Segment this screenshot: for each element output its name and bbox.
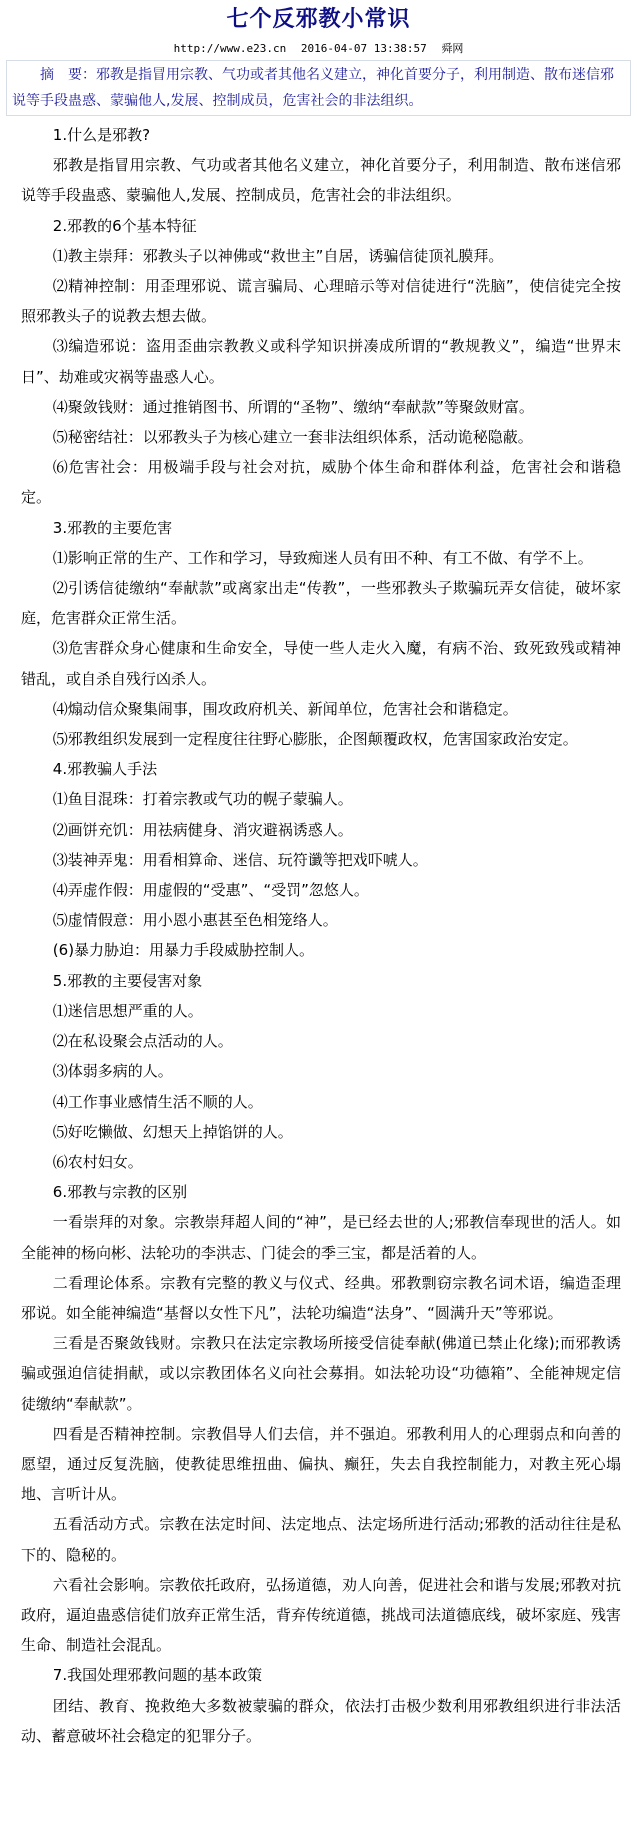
body-paragraph: (6)暴力胁迫：用暴力手段威胁控制人。 — [21, 935, 621, 965]
body-paragraph: 邪教是指冒用宗教、气功或者其他名义建立，神化首要分子，利用制造、散布迷信邪说等手… — [21, 150, 621, 210]
article-body: 1.什么是邪教?邪教是指冒用宗教、气功或者其他名义建立，神化首要分子，利用制造、… — [6, 120, 631, 1751]
body-paragraph: ⑷聚敛钱财：通过推销图书、所谓的“圣物”、缴纳“奉献款”等聚敛财富。 — [21, 392, 621, 422]
article-meta: http://www.e23.cn 2016-04-07 13:38:57 舜网 — [6, 38, 631, 60]
body-paragraph: ⑶编造邪说：盗用歪曲宗教教义或科学知识拼凑成所谓的“教规教义”，编造“世界末日”… — [21, 331, 621, 391]
body-paragraph: ⑸邪教组织发展到一定程度往往野心膨胀，企图颠覆政权，危害国家政治安定。 — [21, 724, 621, 754]
body-paragraph: ⑶装神弄鬼：用看相算命、迷信、玩符谶等把戏吓唬人。 — [21, 845, 621, 875]
body-paragraph: ⑶体弱多病的人。 — [21, 1056, 621, 1086]
section-heading: 7.我国处理邪教问题的基本政策 — [21, 1660, 621, 1690]
section-heading: 6.邪教与宗教的区别 — [21, 1177, 621, 1207]
body-paragraph: ⑷工作事业感情生活不顺的人。 — [21, 1087, 621, 1117]
body-paragraph: ⑵在私设聚会点活动的人。 — [21, 1026, 621, 1056]
body-paragraph: ⑵画饼充饥：用祛病健身、消灾避祸诱惑人。 — [21, 815, 621, 845]
body-paragraph: 二看理论体系。宗教有完整的教义与仪式、经典。邪教剽窃宗教名词术语，编造歪理邪说。… — [21, 1268, 621, 1328]
source-url[interactable]: http://www.e23.cn — [174, 42, 287, 55]
body-paragraph: ⑷煽动信众聚集闹事，围攻政府机关、新闻单位，危害社会和谐稳定。 — [21, 694, 621, 724]
body-paragraph: ⑹农村妇女。 — [21, 1147, 621, 1177]
section-heading: 3.邪教的主要危害 — [21, 513, 621, 543]
body-paragraph: 一看崇拜的对象。宗教崇拜超人间的“神”，是已经去世的人;邪教信奉现世的活人。如全… — [21, 1207, 621, 1267]
article-page: 七个反邪教小常识 http://www.e23.cn 2016-04-07 13… — [0, 0, 637, 1759]
body-paragraph: ⑴教主崇拜：邪教头子以神佛或“救世主”自居，诱骗信徒顶礼膜拜。 — [21, 241, 621, 271]
body-paragraph: ⑶危害群众身心健康和生命安全，导使一些人走火入魔，有病不治、致死致残或精神错乱，… — [21, 633, 621, 693]
section-heading: 4.邪教骗人手法 — [21, 754, 621, 784]
body-paragraph: ⑵精神控制：用歪理邪说、谎言骗局、心理暗示等对信徒进行“洗脑”，使信徒完全按照邪… — [21, 271, 621, 331]
body-paragraph: 团结、教育、挽救绝大多数被蒙骗的群众，依法打击极少数利用邪教组织进行非法活动、蓄… — [21, 1691, 621, 1751]
body-paragraph: ⑴鱼目混珠：打着宗教或气功的幌子蒙骗人。 — [21, 784, 621, 814]
page-title: 七个反邪教小常识 — [6, 0, 631, 38]
body-paragraph: 四看是否精神控制。宗教倡导人们去信，并不强迫。邪教利用人的心理弱点和向善的愿望，… — [21, 1419, 621, 1510]
body-paragraph: ⑴迷信思想严重的人。 — [21, 996, 621, 1026]
body-paragraph: ⑴影响正常的生产、工作和学习，导致痴迷人员有田不种、有工不做、有学不上。 — [21, 543, 621, 573]
abstract-text: 邪教是指冒用宗教、气功或者其他名义建立，神化首要分子，利用制造、散布迷信邪说等手… — [12, 67, 614, 109]
body-paragraph: ⑹危害社会：用极端手段与社会对抗，威胁个体生命和群体利益，危害社会和谐稳定。 — [21, 452, 621, 512]
body-paragraph: ⑵引诱信徒缴纳“奉献款”或离家出走“传教”，一些邪教头子欺骗玩弄女信徒，破坏家庭… — [21, 573, 621, 633]
body-paragraph: ⑸秘密结社：以邪教头子为核心建立一套非法组织体系，活动诡秘隐蔽。 — [21, 422, 621, 452]
section-heading: 2.邪教的6个基本特征 — [21, 211, 621, 241]
body-paragraph: 五看活动方式。宗教在法定时间、法定地点、法定场所进行活动;邪教的活动往往是私下的… — [21, 1509, 621, 1569]
body-paragraph: 六看社会影响。宗教依托政府，弘扬道德，劝人向善，促进社会和谐与发展;邪教对抗政府… — [21, 1570, 621, 1661]
body-paragraph: 三看是否聚敛钱财。宗教只在法定宗教场所接受信徒奉献(佛道已禁止化缘);而邪教诱骗… — [21, 1328, 621, 1419]
body-paragraph: ⑷弄虚作假：用虚假的“受惠”、“受罚”忽悠人。 — [21, 875, 621, 905]
body-paragraph: ⑸虚情假意：用小恩小惠甚至色相笼络人。 — [21, 905, 621, 935]
publish-datetime: 2016-04-07 13:38:57 — [301, 42, 427, 55]
abstract-box: 摘 要：邪教是指冒用宗教、气功或者其他名义建立，神化首要分子，利用制造、散布迷信… — [6, 60, 631, 116]
source-name: 舜网 — [441, 42, 463, 55]
abstract-label: 摘 要： — [40, 67, 96, 83]
body-paragraph: ⑸好吃懒做、幻想天上掉馅饼的人。 — [21, 1117, 621, 1147]
section-heading: 5.邪教的主要侵害对象 — [21, 966, 621, 996]
section-heading: 1.什么是邪教? — [21, 120, 621, 150]
